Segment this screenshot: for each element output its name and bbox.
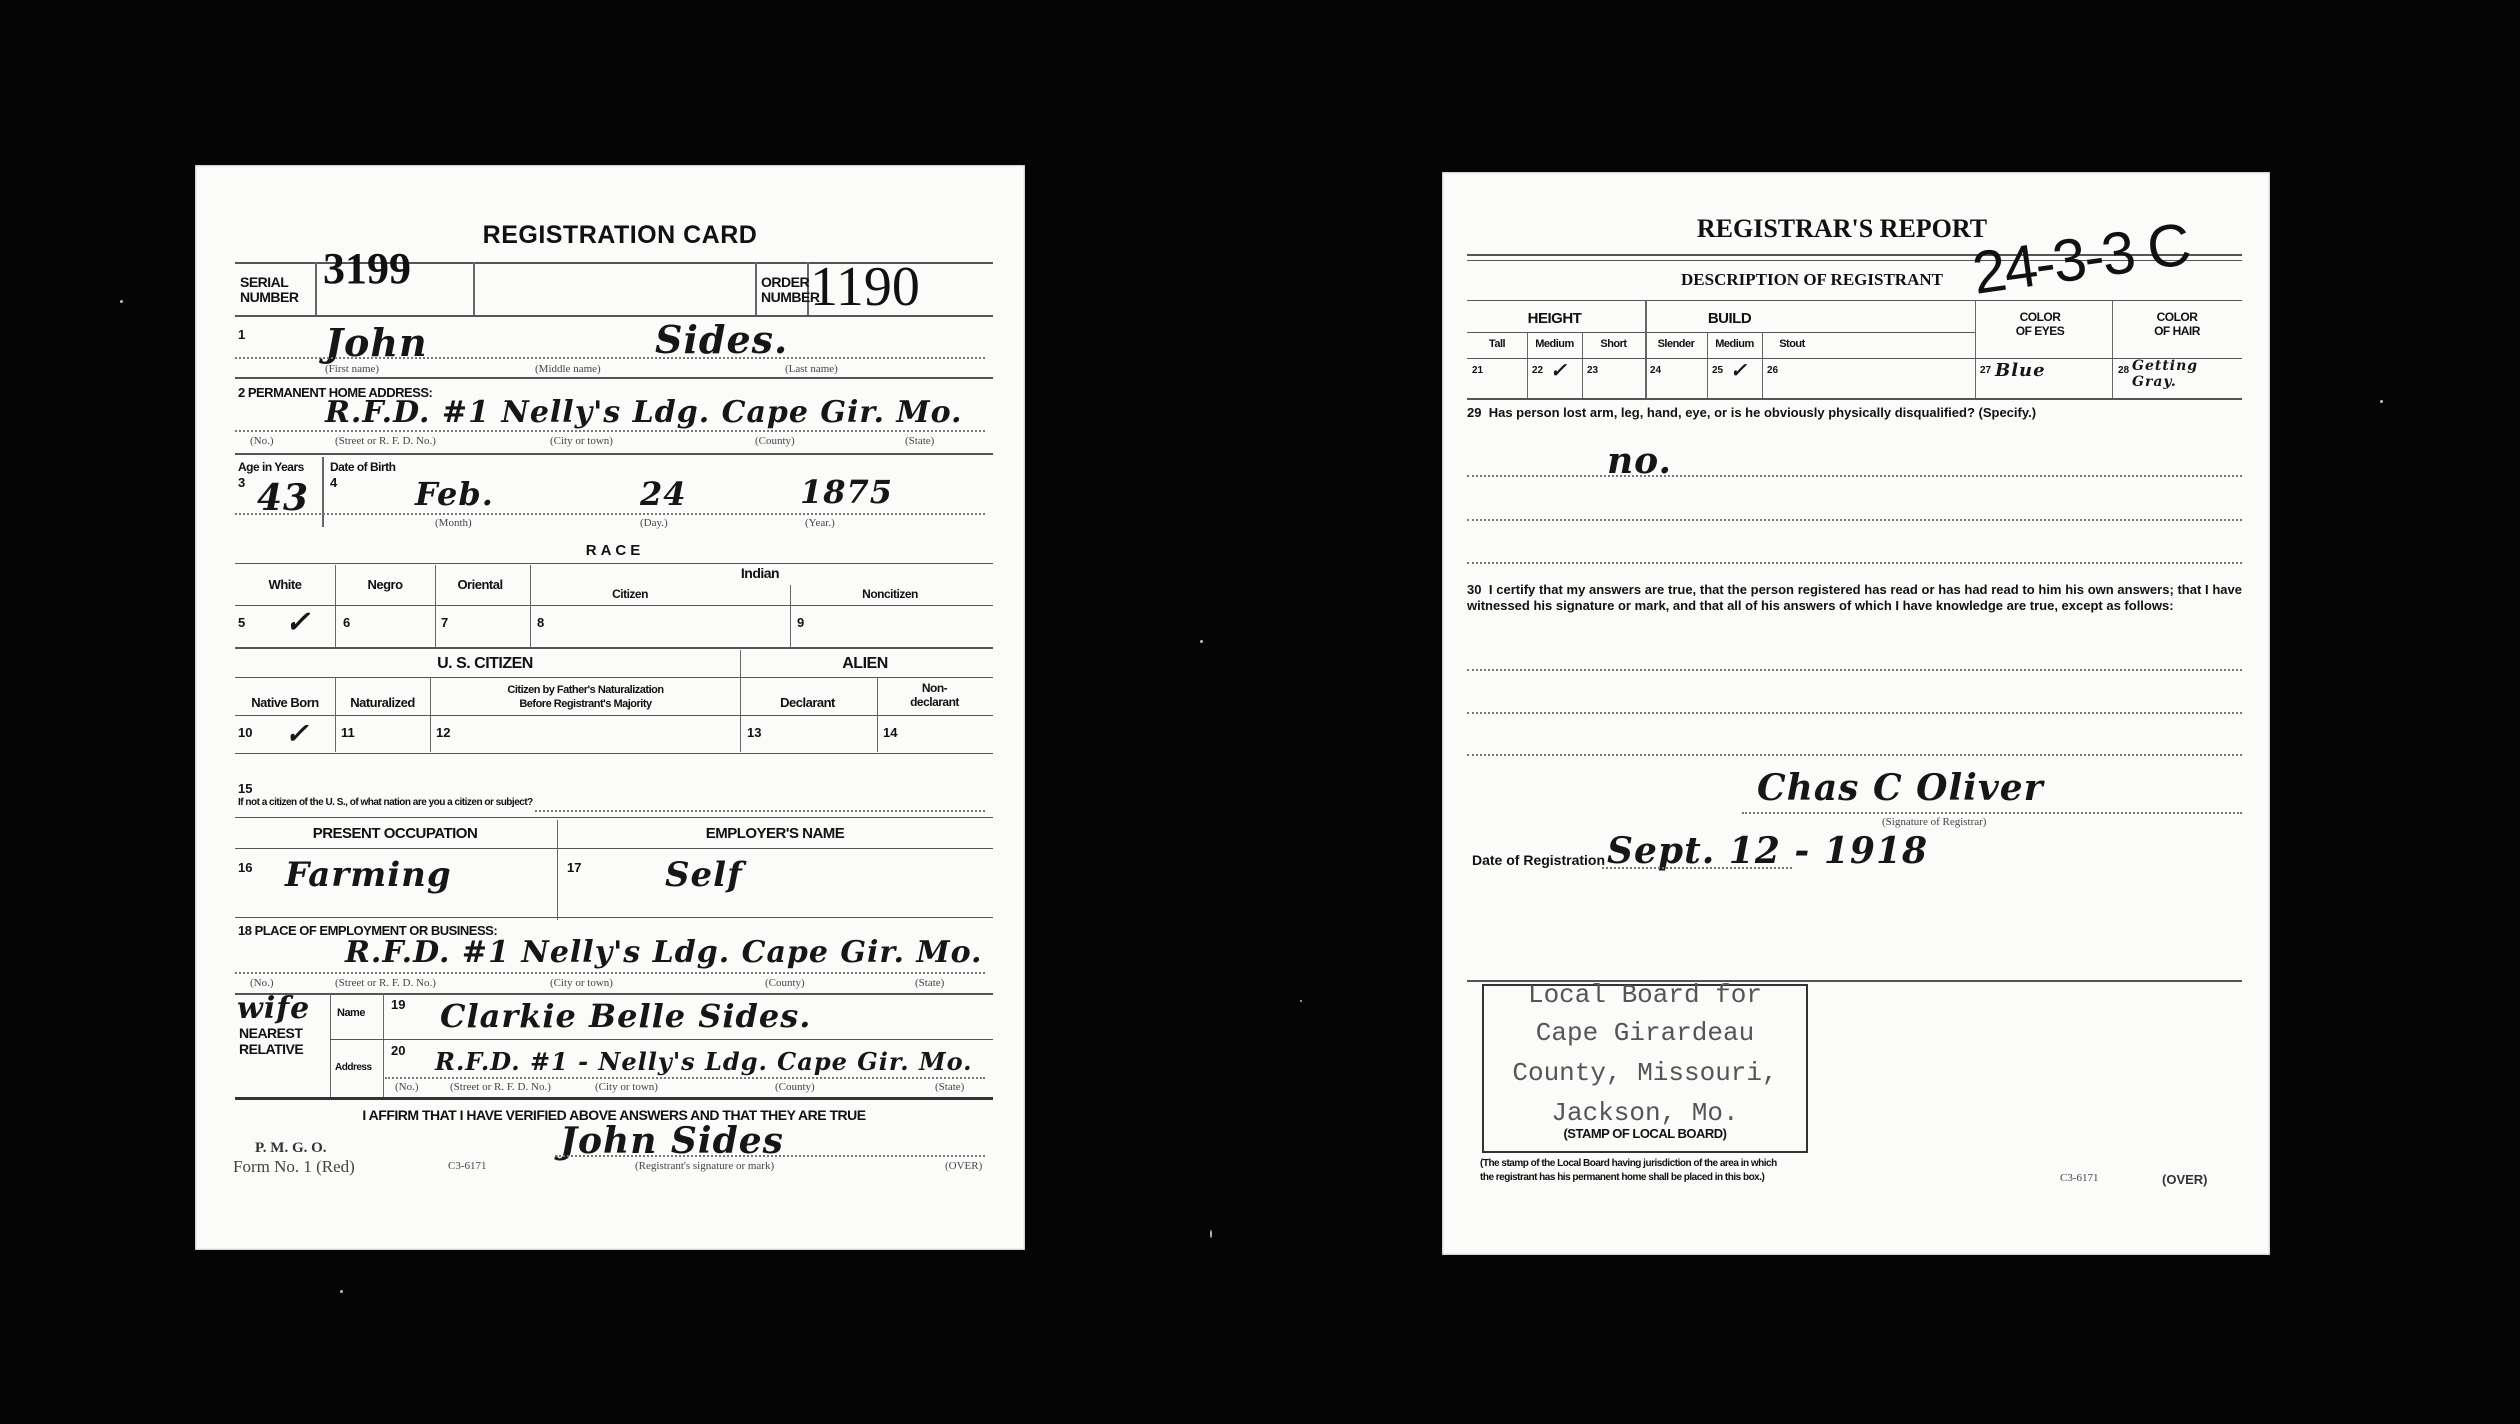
race-col-indian: Indian bbox=[530, 565, 990, 581]
field-number: 6 bbox=[343, 615, 350, 630]
stamp-line: County, Missouri, bbox=[1484, 1058, 1806, 1088]
field-number: 12 bbox=[436, 725, 450, 740]
height-medium-check: ✓ bbox=[1550, 358, 1568, 382]
build-col-slender: Slender bbox=[1645, 338, 1707, 350]
race-title: RACE bbox=[555, 542, 675, 559]
birth-month: Feb. bbox=[415, 475, 494, 513]
field-number: 29 bbox=[1467, 405, 1481, 420]
eye-color-value: Blue bbox=[1995, 360, 2046, 381]
field-number: 21 bbox=[1472, 365, 1483, 376]
employer-header: EMPLOYER'S NAME bbox=[560, 825, 990, 842]
order-number: 1190 bbox=[810, 255, 920, 319]
caption: (No.) bbox=[250, 977, 274, 989]
caption-middle-name: (Middle name) bbox=[535, 363, 601, 375]
relative-name-label: Name bbox=[337, 1007, 365, 1019]
race-col-indian-citizen: Citizen bbox=[530, 587, 730, 601]
registrars-report-back: REGISTRAR'S REPORT DESCRIPTION OF REGIST… bbox=[1442, 172, 2270, 1255]
caption: (Street or R. F. D. No.) bbox=[335, 435, 436, 447]
description-title: DESCRIPTION OF REGISTRANT bbox=[1612, 270, 2012, 290]
hair-color-value: Getting Gray. bbox=[2132, 358, 2232, 390]
form-number: Form No. 1 (Red) bbox=[233, 1157, 355, 1177]
relative-name-value: Clarkie Belle Sides. bbox=[440, 997, 811, 1035]
over-label: (OVER) bbox=[2162, 1172, 2208, 1187]
caption: (Street or R. F. D. No.) bbox=[335, 977, 436, 989]
caption: (No.) bbox=[395, 1081, 419, 1093]
occupation-header: PRESENT OCCUPATION bbox=[235, 825, 555, 842]
registration-date-label: Date of Registration bbox=[1472, 852, 1605, 868]
field-number: 8 bbox=[537, 615, 544, 630]
field-number: 19 bbox=[391, 997, 405, 1012]
field-number: 4 bbox=[330, 475, 337, 490]
build-medium-check: ✓ bbox=[1730, 358, 1748, 382]
field-number: 13 bbox=[747, 725, 761, 740]
caption: (Year.) bbox=[805, 517, 835, 529]
hair-color-header: COLOR OF HAIR bbox=[2112, 310, 2242, 338]
caption: (State) bbox=[905, 435, 934, 447]
field-number: 26 bbox=[1767, 365, 1778, 376]
relation-value: wife bbox=[237, 991, 310, 1026]
registration-date-value: Sept. 12 - 1918 bbox=[1607, 830, 1928, 872]
caption-last-name: (Last name) bbox=[785, 363, 838, 375]
registrar-signature: Chas C Oliver bbox=[1757, 767, 2044, 809]
birth-day: 24 bbox=[640, 475, 687, 513]
permanent-address-value: R.F.D. #1 Nelly's Ldg. Cape Gir. Mo. bbox=[325, 395, 963, 430]
film-speck bbox=[340, 1290, 343, 1293]
field-number: 23 bbox=[1587, 365, 1598, 376]
build-header: BUILD bbox=[1647, 310, 1812, 327]
signature-caption: (Registrant's signature or mark) bbox=[635, 1160, 774, 1172]
caption: (State) bbox=[935, 1081, 964, 1093]
certification-text: 30 I certify that my answers are true, t… bbox=[1467, 582, 2242, 614]
nationality-question: If not a citizen of the U. S., of what n… bbox=[238, 797, 533, 808]
field-number: 28 bbox=[2118, 365, 2129, 376]
film-speck bbox=[1210, 1230, 1212, 1238]
field-number: 3 bbox=[238, 475, 245, 490]
field-number: 25 bbox=[1712, 365, 1723, 376]
serial-number: 3199 bbox=[323, 243, 411, 294]
field-number: 15 bbox=[238, 781, 252, 796]
disability-question: 29 Has person lost arm, leg, hand, eye, … bbox=[1467, 405, 2242, 421]
citizen-col-fathers-naturalization: Citizen by Father's Naturalization Befor… bbox=[433, 683, 738, 711]
stamp-line: Cape Girardeau bbox=[1484, 1018, 1806, 1048]
stamp-line: Jackson, Mo. bbox=[1484, 1098, 1806, 1128]
stamp-instructions: (The stamp of the Local Board having jur… bbox=[1480, 1157, 1830, 1185]
card-title: REGISTRATION CARD bbox=[460, 221, 780, 250]
birth-year: 1875 bbox=[800, 473, 893, 511]
field-number: 10 bbox=[238, 725, 252, 740]
field-number: 20 bbox=[391, 1043, 405, 1058]
dob-label: Date of Birth bbox=[330, 460, 396, 474]
caption: (County) bbox=[765, 977, 805, 989]
film-speck bbox=[120, 300, 123, 303]
over-label: (OVER) bbox=[945, 1160, 982, 1172]
field-number: 16 bbox=[238, 860, 252, 875]
us-citizen-title: U. S. CITIZEN bbox=[235, 655, 735, 673]
place-of-employment-value: R.F.D. #1 Nelly's Ldg. Cape Gir. Mo. bbox=[345, 935, 983, 970]
relative-address-value: R.F.D. #1 - Nelly's Ldg. Cape Gir. Mo. bbox=[435, 1047, 973, 1076]
race-white-check: ✓ bbox=[285, 605, 311, 640]
citizen-col-native-born: Native Born bbox=[235, 695, 335, 710]
local-board-stamp-box: Local Board for Cape Girardeau County, M… bbox=[1482, 984, 1808, 1153]
field-number: 5 bbox=[238, 615, 245, 630]
pmgo-label: P. M. G. O. bbox=[255, 1140, 327, 1157]
race-col-oriental: Oriental bbox=[435, 577, 525, 592]
caption: (Street or R. F. D. No.) bbox=[450, 1081, 551, 1093]
film-speck bbox=[1200, 640, 1203, 643]
caption: (Month) bbox=[435, 517, 472, 529]
last-name: Sides. bbox=[655, 317, 788, 362]
height-col-medium: Medium bbox=[1527, 338, 1582, 350]
field-number: 9 bbox=[797, 615, 804, 630]
disability-question-text: Has person lost arm, leg, hand, eye, or … bbox=[1489, 405, 2036, 420]
height-col-short: Short bbox=[1582, 338, 1645, 350]
alien-col-nondeclarant: Non- declarant bbox=[877, 681, 992, 709]
field-number: 14 bbox=[883, 725, 897, 740]
stamp-line: Local Board for bbox=[1484, 980, 1806, 1010]
field-number: 17 bbox=[567, 860, 581, 875]
serial-number-label: SERIAL NUMBER bbox=[240, 275, 298, 305]
certification-text-body: I certify that my answers are true, that… bbox=[1467, 582, 2242, 613]
registration-card-front: REGISTRATION CARD SERIAL NUMBER 3199 ORD… bbox=[195, 165, 1025, 1250]
field-number: 1 bbox=[238, 327, 245, 342]
build-col-stout: Stout bbox=[1762, 338, 1822, 350]
caption: (Day.) bbox=[640, 517, 668, 529]
height-col-tall: Tall bbox=[1467, 338, 1527, 350]
race-col-white: White bbox=[235, 577, 335, 592]
citizen-col-naturalized: Naturalized bbox=[335, 695, 430, 710]
employer-value: Self bbox=[665, 855, 743, 895]
build-col-medium: Medium bbox=[1707, 338, 1762, 350]
registrar-signature-caption: (Signature of Registrar) bbox=[1882, 816, 1986, 828]
caption: (No.) bbox=[250, 435, 274, 447]
caption-first-name: (First name) bbox=[325, 363, 379, 375]
field-number: 22 bbox=[1532, 365, 1543, 376]
film-speck bbox=[2380, 400, 2383, 403]
caption: (State) bbox=[915, 977, 944, 989]
race-col-indian-noncitizen: Noncitizen bbox=[790, 587, 990, 601]
caption: (City or town) bbox=[550, 435, 613, 447]
nearest-relative-label: NEAREST RELATIVE bbox=[239, 1025, 303, 1057]
race-col-negro: Negro bbox=[335, 577, 435, 592]
film-speck bbox=[1300, 1000, 1302, 1002]
occupation-value: Farming bbox=[285, 855, 452, 895]
field-number: 24 bbox=[1650, 365, 1661, 376]
alien-col-declarant: Declarant bbox=[740, 695, 875, 710]
relative-address-label: Address bbox=[335, 1062, 372, 1073]
eye-color-header: COLOR OF EYES bbox=[1975, 310, 2105, 338]
caption: (City or town) bbox=[595, 1081, 658, 1093]
native-born-check: ✓ bbox=[285, 717, 309, 750]
caption: (County) bbox=[775, 1081, 815, 1093]
caption: (City or town) bbox=[550, 977, 613, 989]
height-header: HEIGHT bbox=[1467, 310, 1642, 327]
print-code: C3-6171 bbox=[448, 1160, 487, 1172]
field-number: 27 bbox=[1980, 365, 1991, 376]
caption: (County) bbox=[755, 435, 795, 447]
age-label: Age in Years bbox=[238, 460, 304, 474]
field-number: 7 bbox=[441, 615, 448, 630]
print-code: C3-6171 bbox=[2060, 1172, 2099, 1184]
field-number: 11 bbox=[341, 725, 355, 740]
alien-title: ALIEN bbox=[740, 655, 990, 673]
stamp-caption: (STAMP OF LOCAL BOARD) bbox=[1484, 1126, 1806, 1141]
field-number: 30 bbox=[1467, 582, 1481, 597]
